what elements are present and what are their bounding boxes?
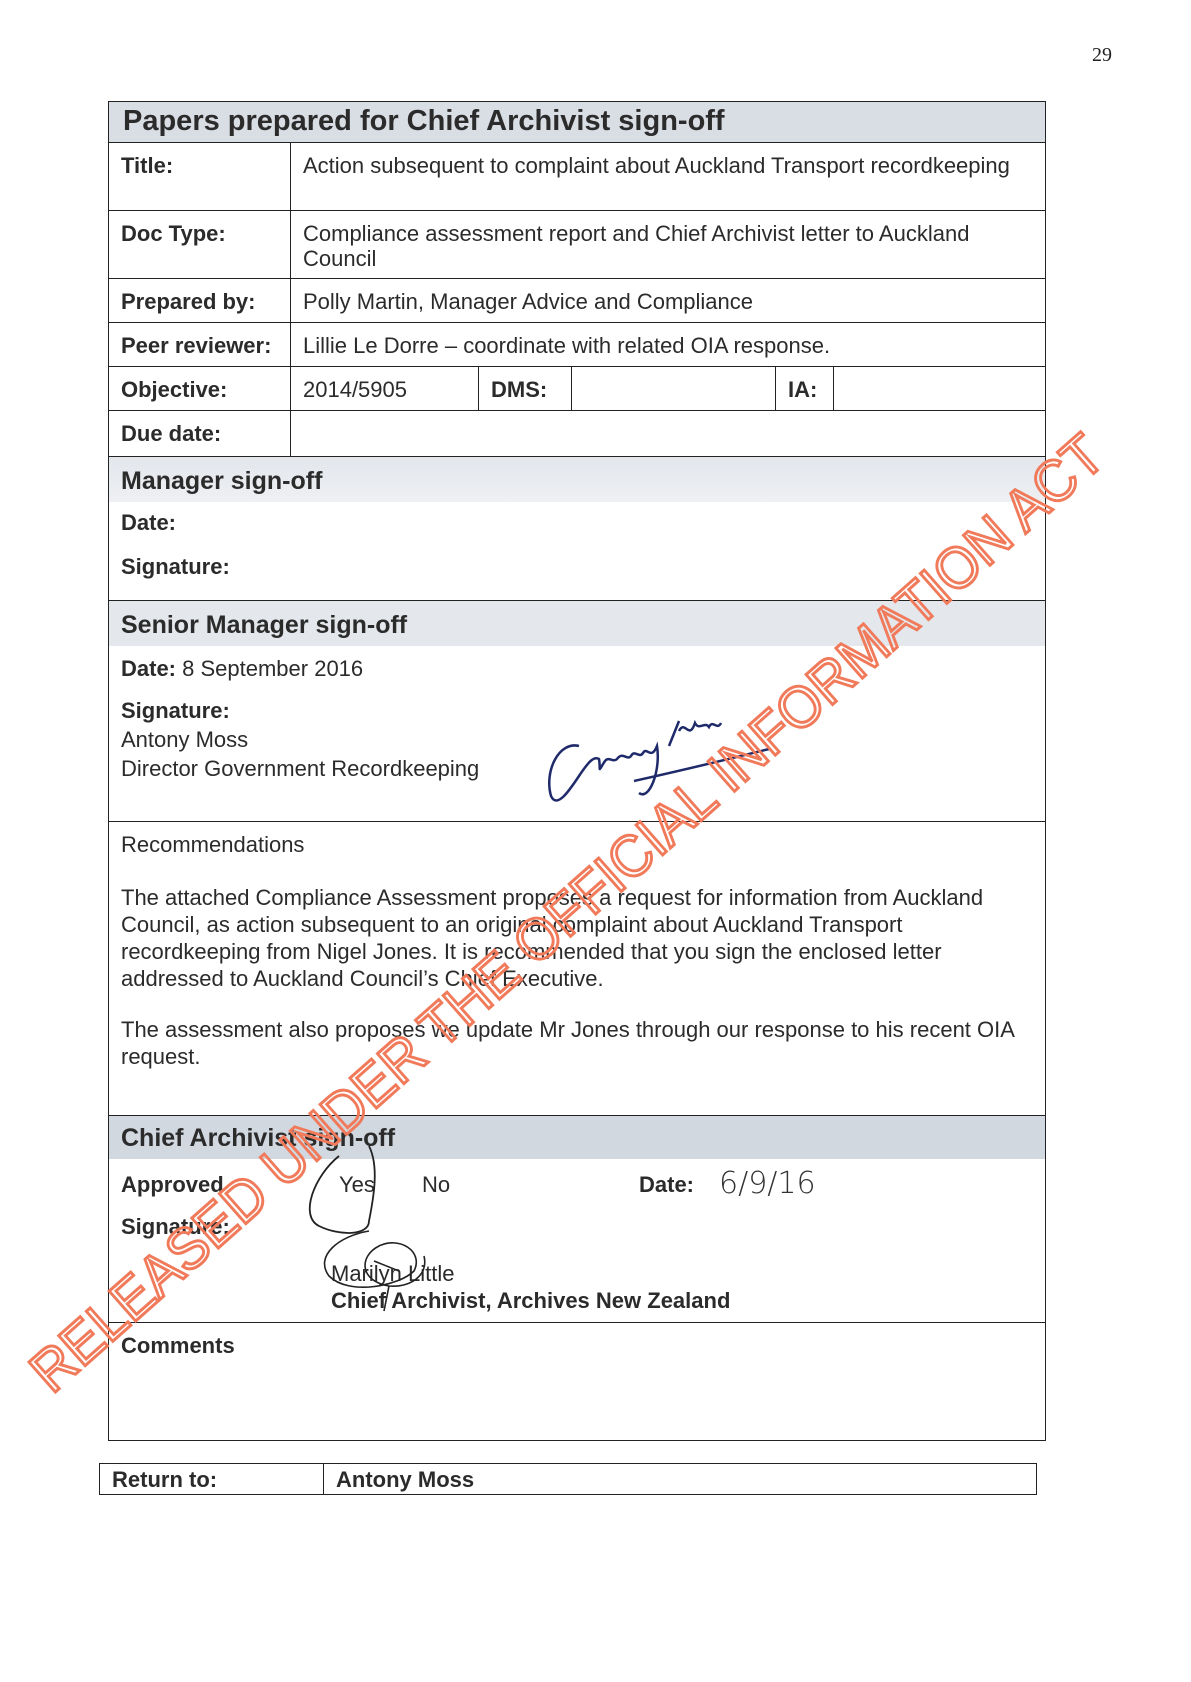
comments-section: Comments: [109, 1322, 1045, 1441]
page-number: 29: [1092, 44, 1112, 67]
manager-signature-label: Signature:: [109, 554, 1045, 580]
senior-manager-date: Date: 8 September 2016: [109, 656, 1045, 682]
senior-manager-section: Senior Manager sign-off Date: 8 Septembe…: [109, 601, 1045, 822]
form-title: Papers prepared for Chief Archivist sign…: [109, 102, 1045, 143]
chief-archivist-heading: Chief Archivist sign-off: [109, 1116, 1045, 1159]
objective-label: Objective:: [109, 367, 291, 410]
comments-label: Comments: [109, 1333, 1045, 1359]
manager-heading: Manager sign-off: [109, 457, 1045, 502]
title-row: Title: Action subsequent to complaint ab…: [109, 143, 1045, 211]
prepared-label: Prepared by:: [109, 279, 291, 322]
title-label: Title:: [109, 143, 291, 210]
objective-row: Objective: 2014/5905 DMS: IA:: [109, 367, 1045, 411]
dms-label: DMS:: [479, 367, 572, 410]
chief-archivist-date-value: 6/9/16: [719, 1166, 816, 1201]
doctype-value: Compliance assessment report and Chief A…: [291, 211, 1045, 278]
recommendations-heading: Recommendations: [109, 832, 1045, 858]
return-label: Return to:: [100, 1464, 324, 1494]
objective-value: 2014/5905: [291, 367, 479, 410]
ia-value: [834, 367, 1045, 410]
approval-circle-and-signature-icon: [259, 1136, 519, 1316]
peer-label: Peer reviewer:: [109, 323, 291, 366]
ia-label: IA:: [776, 367, 834, 410]
chief-archivist-signature-label: Signature:: [121, 1214, 230, 1240]
due-value: [291, 411, 1045, 456]
prepared-row: Prepared by: Polly Martin, Manager Advic…: [109, 279, 1045, 323]
manager-section: Manager sign-off Date: Signature:: [109, 457, 1045, 601]
sign-off-form: Papers prepared for Chief Archivist sign…: [108, 101, 1046, 1441]
return-value: Antony Moss: [324, 1464, 486, 1494]
peer-value: Lillie Le Dorre – coordinate with relate…: [291, 323, 1045, 366]
recommendations-section: Recommendations The attached Compliance …: [109, 832, 1045, 1116]
title-value: Action subsequent to complaint about Auc…: [291, 143, 1045, 210]
senior-manager-heading: Senior Manager sign-off: [109, 601, 1045, 646]
dms-value: [572, 367, 776, 410]
recommendations-paragraph-2: The assessment also proposes we update M…: [109, 1016, 1045, 1070]
due-row: Due date:: [109, 411, 1045, 457]
senior-manager-date-label: Date:: [121, 656, 176, 681]
due-label: Due date:: [109, 411, 291, 456]
prepared-value: Polly Martin, Manager Advice and Complia…: [291, 279, 1045, 322]
chief-archivist-section: Chief Archivist sign-off Approved Yes No…: [109, 1116, 1045, 1322]
manager-date-label: Date:: [109, 510, 1045, 536]
senior-manager-date-value: 8 September 2016: [182, 656, 363, 681]
recommendations-paragraph-1: The attached Compliance Assessment propo…: [109, 884, 1045, 992]
senior-manager-signature-icon: [539, 701, 799, 811]
approved-label: Approved: [121, 1172, 224, 1198]
return-to-row: Return to: Antony Moss: [99, 1463, 1037, 1495]
chief-archivist-date-label: Date:: [639, 1172, 694, 1198]
doctype-row: Doc Type: Compliance assessment report a…: [109, 211, 1045, 279]
peer-row: Peer reviewer: Lillie Le Dorre – coordin…: [109, 323, 1045, 367]
doctype-label: Doc Type:: [109, 211, 291, 278]
